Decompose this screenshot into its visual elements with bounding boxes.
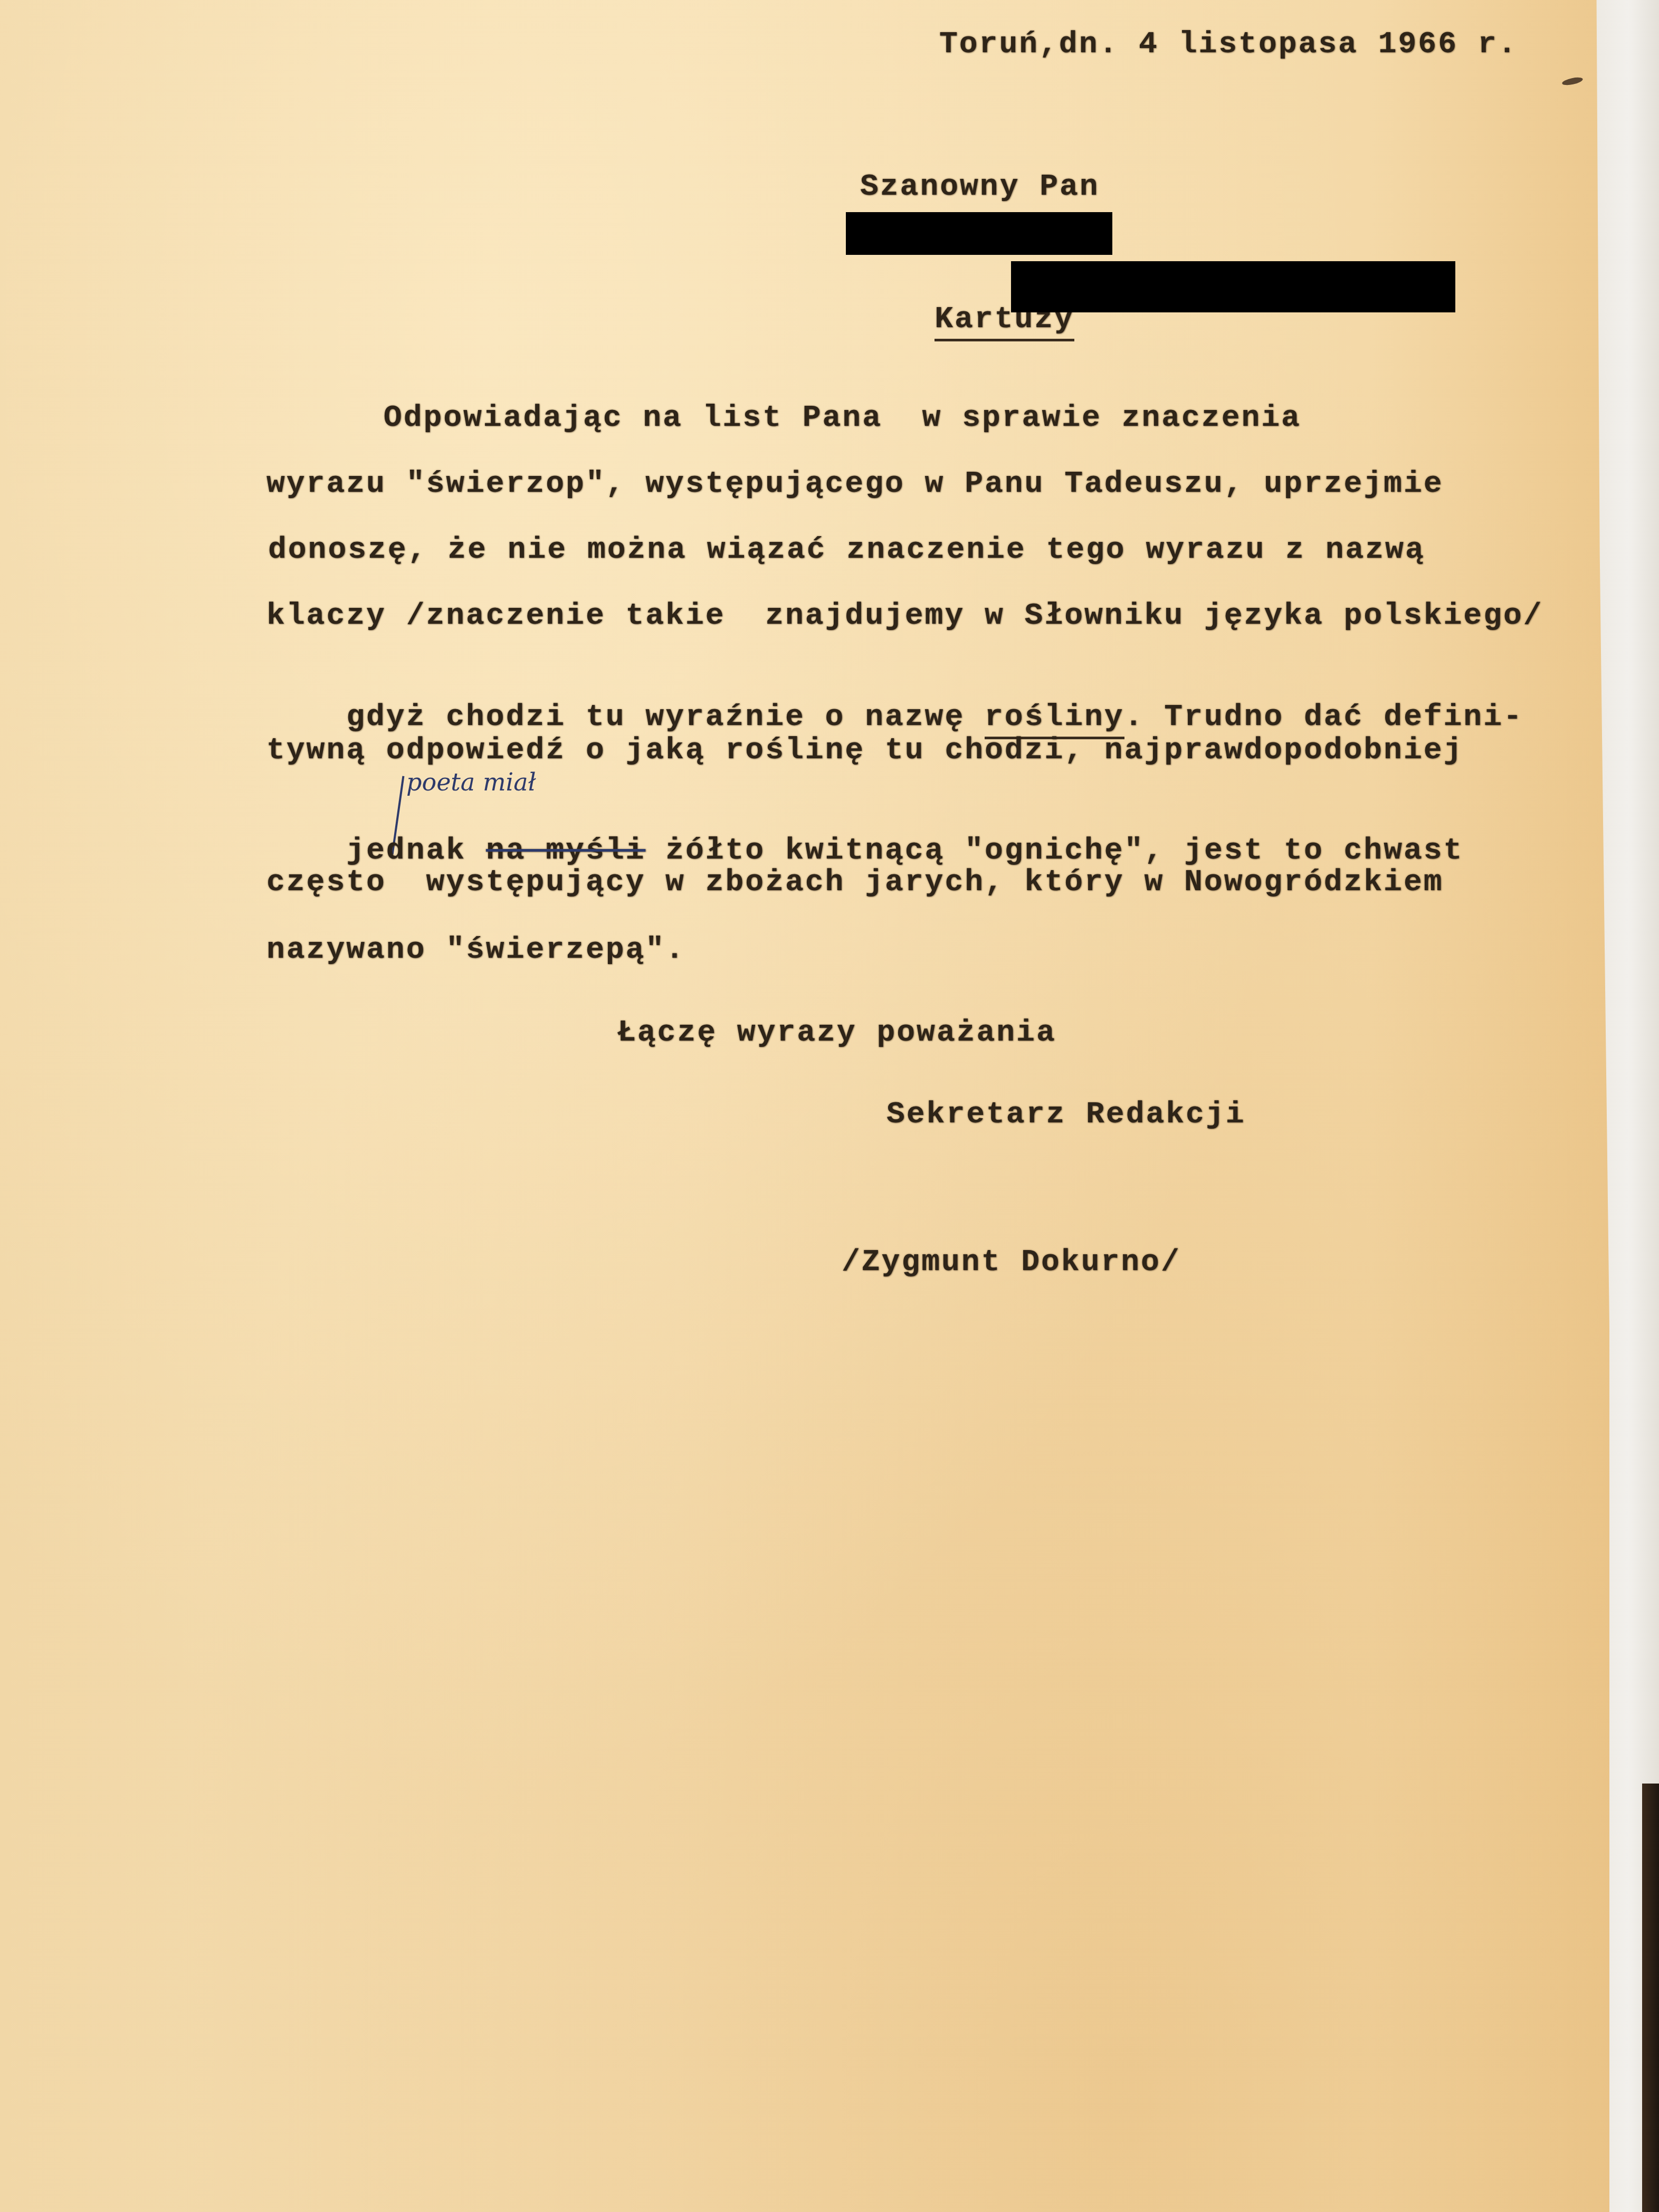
signature-name: /Zygmunt Dokurno/ (842, 1245, 1181, 1280)
background-object (1642, 1784, 1659, 2212)
body-line-6: tywną odpowiedź o jaką roślinę tu chodzi… (266, 733, 1463, 768)
handwritten-insertion: poeta miał (406, 768, 536, 796)
body-line-7-start: jednak (346, 834, 486, 868)
body-line-8: często występujący w zbożach jarych, któ… (266, 865, 1444, 900)
body-line-5-start: gdyż chodzi tu wyraźnie o nazwę (346, 700, 985, 735)
body-line-5-end: . Trudno dać defini- (1124, 700, 1523, 735)
body-line-2: wyrazu "świerzop", występującego w Panu … (266, 467, 1444, 501)
redacted-recipient-name (846, 212, 1112, 255)
body-line-3: donoszę, że nie można wiązać znaczenie t… (268, 533, 1425, 567)
redacted-recipient-address (1011, 261, 1455, 312)
body-line-9: nazywano "świerzepą". (266, 933, 685, 967)
closing: Łączę wyrazy poważania (617, 1016, 1056, 1050)
struck-text: na myśli (486, 834, 645, 868)
body-line-4: klaczy /znaczenie takie znajdujemy w Sło… (266, 599, 1543, 633)
salutation: Szanowny Pan (860, 170, 1100, 204)
body-line-7-end: żółto kwitnącą "ognichę", jest to chwast (645, 834, 1463, 868)
place-date: Toruń,dn. 4 listopasa 1966 r. (939, 27, 1518, 62)
body-line-1: Odpowiadając na list Pana w sprawie znac… (264, 401, 1301, 435)
letter-paper: Toruń,dn. 4 listopasa 1966 r. Szanowny P… (0, 0, 1609, 2212)
signature-title: Sekretarz Redakcji (886, 1098, 1246, 1132)
paper-mark (1561, 76, 1584, 87)
